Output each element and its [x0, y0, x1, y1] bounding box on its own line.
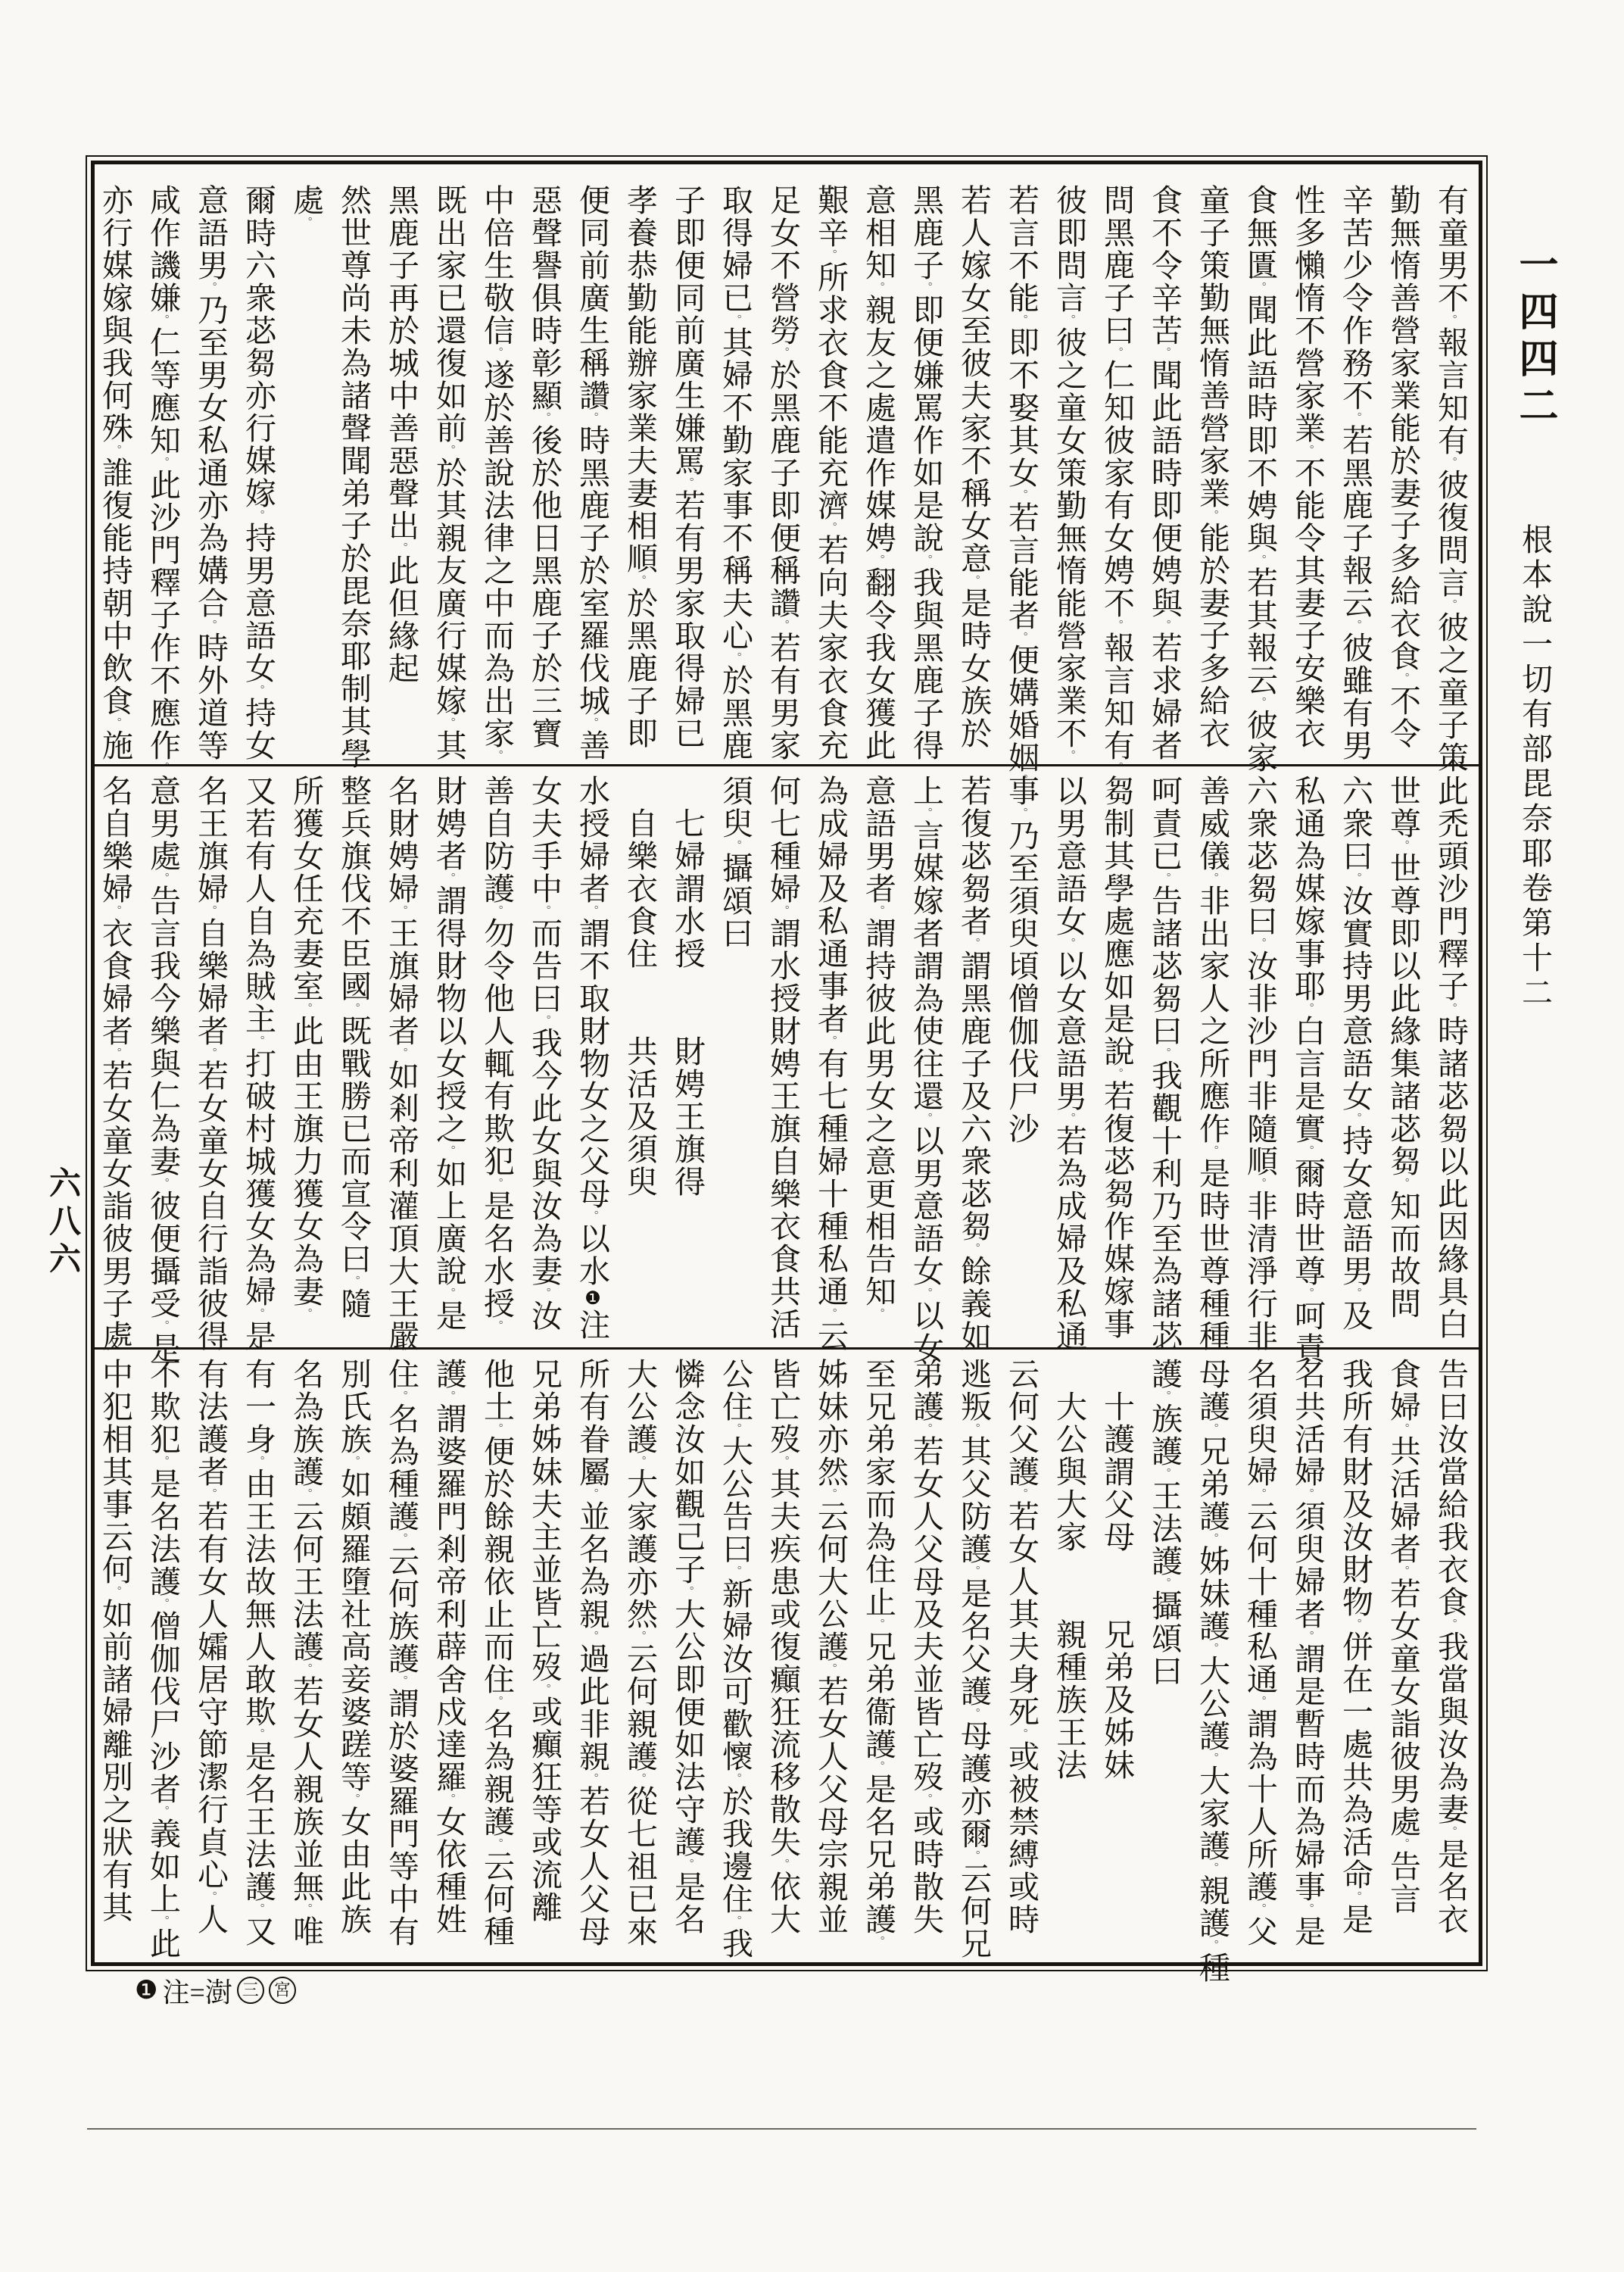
footnote-marker-icon: ❶ [135, 1975, 157, 2005]
text-column: 大公護。大家護亦然。云何親護。從七祖已來 [616, 1358, 663, 1950]
text-column: 食無匱。聞此語時即不娉與。若其報云。彼家 [1236, 184, 1283, 761]
text-column: 中倍生敬信。遂於善說法律之中而為出家。 [472, 184, 520, 761]
text-column: 公住。大公告曰。新婦汝可歡懷。於我邊住。我 [711, 1358, 759, 1950]
text-column: 名為族護。云何王法護。若女人親族並無。唯 [282, 1358, 329, 1950]
text-column: 有法護者。若有女人孀居守節潔行貞心。人 [186, 1358, 234, 1950]
text-column: 為成婦及私通事者。有七種婦十種私通。云 [806, 775, 854, 1344]
text-column: 中犯相其事云何。如前諸婦離別之狀有其 [91, 1358, 139, 1950]
text-column: 咸作譏嫌。仁等應知。此沙門釋子作不應作。 [139, 184, 186, 761]
text-column: 性多懶惰不營家業。不能令其妻子安樂衣 [1283, 184, 1331, 761]
text-column: 善威儀。非出家人之所應作。是時世尊種種 [1188, 775, 1236, 1344]
text-column: 食不令辛苦。聞此語時即便娉與。若求婦者 [1140, 184, 1188, 761]
edition-mark-palace: 宮 [269, 1977, 296, 2004]
text-column: 子即便同前廣生嫌罵。若有男家取得婦已 [663, 184, 711, 761]
text-column: 惡聲譽俱時彰顯。後於他日黑鹿子於三寶 [520, 184, 568, 761]
text-column: 足女不營勞。於黑鹿子即便稱讚。若有男家 [759, 184, 806, 761]
text-column: 孝養恭勤能辦家業夫妻相順。於黑鹿子即 [616, 184, 663, 761]
text-frame: 有童男不。報言知有。彼復問言。彼之童子策勤無惰善營家業能於妻子多給衣食。不令辛苦… [91, 161, 1482, 1966]
text-column: 至兄弟家而為住止。兄弟衞護。是名兄弟護。 [854, 1358, 902, 1950]
text-column: 便同前廣生稱讚。時黑鹿子於室羅伐城。善 [568, 184, 616, 761]
text-column: 自樂衣食住 共活及須臾 [616, 775, 663, 1344]
text-column: 黑鹿子再於城中善惡聲出。此但緣起 [377, 184, 425, 761]
apparatus-footnote: ❶ 注=澍 三 宮 [135, 1972, 296, 2008]
text-column: 何七種婦。謂水授財娉王旗自樂衣食共活 [759, 775, 806, 1344]
text-column: 不欺犯。是名法護。僧伽伐尸沙者。義如上。此 [139, 1358, 186, 1950]
text-column: 食婦。共活婦者。若女童女詣彼男處。告言 [1379, 1358, 1426, 1950]
footnote-text: 注=澍 [162, 1971, 232, 2010]
register-divider-1 [95, 764, 1479, 766]
text-column: 須臾。攝頌曰 [711, 775, 759, 1344]
register-bottom: 告曰汝當給我衣食。我當與汝為妻。是名衣食婦。共活婦者。若女童女詣彼男處。告言我所… [99, 1358, 1474, 1950]
text-column: 此禿頭沙門釋子。時諸苾芻以此因緣具白 [1426, 775, 1474, 1344]
text-column: 善自防護。勿令他人輒有欺犯。是名水授。 [472, 775, 520, 1344]
text-column: 母護。兄弟護。姊妹護。大公護。大家護。親護。種 [1188, 1358, 1236, 1950]
text-column: 芻制其學處應如是說。若復苾芻作媒嫁事 [1093, 775, 1140, 1344]
text-column: 所獲女任充妻室。此由王旗力獲女為妻。 [282, 775, 329, 1344]
text-column: 整兵旗伐不臣國。既戰勝已而宣令曰。隨 [329, 775, 377, 1344]
text-column: 大公與大家 親種族王法 [1045, 1358, 1093, 1950]
scanned-sutra-page: 有童男不。報言知有。彼復問言。彼之童子策勤無惰善營家業能於妻子多給衣食。不令辛苦… [0, 0, 1624, 2272]
text-column: 水授婦者。謂不取財物女之父母。以水❶注 [568, 775, 616, 1344]
text-column: 告曰汝當給我衣食。我當與汝為妻。是名衣 [1426, 1358, 1474, 1950]
text-column: 以男意語女。以女意語男。若為成婦及私通 [1045, 775, 1093, 1344]
text-column: 名須臾婦。云何十種私通。謂為十人所護。父 [1236, 1358, 1283, 1950]
text-column: 亦行媒嫁與我何殊。誰復能持朝中飲食。施 [91, 184, 139, 761]
text-column: 名自樂婦。衣食婦者。若女童女詣彼男子處 [91, 775, 139, 1344]
text-column: 然世尊尚未為諸聲聞弟子於毘奈耶制其學 [329, 184, 377, 761]
text-column: 住。名為種護。云何族護。謂於婆羅門等中有 [377, 1358, 425, 1950]
text-column: 又若有人自為賊主。打破村城獲女為婦。是 [234, 775, 282, 1344]
register-top: 有童男不。報言知有。彼復問言。彼之童子策勤無惰善營家業能於妻子多給衣食。不令辛苦… [99, 184, 1474, 761]
text-column: 姊妹亦然。云何大公護。若女人父母宗親並 [806, 1358, 854, 1950]
text-column: 護。謂婆羅門剎帝利薜舍戍達羅。女依種姓 [425, 1358, 472, 1950]
text-column: 若言不能。即不娶其女。若言能者。便媾婚姻。 [997, 184, 1045, 761]
text-column: 別氏族。如頗羅墮社高妾婆蹉等。女由此族 [329, 1358, 377, 1950]
text-column: 意語男。乃至男女私通亦為媾合。時外道等 [186, 184, 234, 761]
text-column: 辛苦少令作務不。若黑鹿子報云。彼雖有男 [1331, 184, 1379, 761]
text-column: 皆亡歿。其夫疾患或復癲狂流移散失。依大 [759, 1358, 806, 1950]
text-column: 他土。便於餘親依止而住。名為親護。云何種 [472, 1358, 520, 1950]
text-column: 十護謂父母 兄弟及姊妹 [1093, 1358, 1140, 1950]
text-column: 名共活婦。須臾婦者。謂是暫時而為婦事。是 [1283, 1358, 1331, 1950]
text-column: 問黑鹿子曰。仁知彼家有女娉不。報言知有。 [1093, 184, 1140, 761]
text-column: 事。乃至須臾頃僧伽伐尸沙 [997, 775, 1045, 1344]
text-column: 六衆曰。汝實持男意語女。持女意語男。及 [1331, 775, 1379, 1344]
text-column: 弟護。若女人父母及夫並皆亡歿。或時散失 [902, 1358, 949, 1950]
text-column: 意語男者。謂持彼此男女之意更相告知。 [854, 775, 902, 1344]
text-column: 逃叛。其父防護。是名父護。母護亦爾。云何兄 [949, 1358, 997, 1950]
text-column: 取得婦已。其婦不勤家事不稱夫心。於黑鹿 [711, 184, 759, 761]
page-number: 六八六 [39, 1166, 85, 1280]
text-column: 童子策勤無惰善營家業。能於妻子多給衣 [1188, 184, 1236, 761]
text-column: 有童男不。報言知有。彼復問言。彼之童子策 [1426, 184, 1474, 761]
right-margin: 一四四二 根本說一切有部毘奈耶卷第十二 [1507, 244, 1563, 1834]
footer-rule [87, 2128, 1476, 2130]
text-column: 爾時六衆苾芻亦行媒嫁。持男意語女。持女 [234, 184, 282, 761]
text-column: 名財娉婦。王旗婦者。如剎帝利灌頂大王嚴 [377, 775, 425, 1344]
text-column: 云何父護。若女人其夫身死。或被禁縛或時 [997, 1358, 1045, 1950]
taisho-text-number: 一四四二 [1513, 244, 1557, 432]
text-column: 七婦謂水授 財娉王旗得 [663, 775, 711, 1344]
text-column: 女夫手中。而告曰。我今此女與汝為妻。汝 [520, 775, 568, 1344]
text-column: 既出家已還復如前。於其親友廣行媒嫁。其 [425, 184, 472, 761]
text-column: 私通為媒嫁事耶。白言是實。爾時世尊。呵責 [1283, 775, 1331, 1344]
text-column: 彼即問言。彼之童女策勤無惰能營家業不。 [1045, 184, 1093, 761]
text-column: 艱辛。所求衣食不能充濟。若向夫家衣食充 [806, 184, 854, 761]
text-column: 意男處。告言我今樂與仁為妻。彼便攝受。是 [139, 775, 186, 1344]
text-column: 我所有財及汝財物。併在一處共為活命。是 [1331, 1358, 1379, 1950]
edition-mark-three: 三 [237, 1977, 264, 2004]
text-column: 名王旗婦。自樂婦者。若女童女自行詣彼得 [186, 775, 234, 1344]
text-column: 所有眷屬。並名為親。過此非親。若女人父母 [568, 1358, 616, 1950]
text-column: 兄弟姊妹夫主並皆亡歿。或癲狂等或流離 [520, 1358, 568, 1950]
register-divider-2 [95, 1347, 1479, 1350]
register-middle: 此禿頭沙門釋子。時諸苾芻以此因緣具白世尊。世尊即以此緣集諸苾芻。知而故問六衆曰。… [99, 775, 1474, 1344]
text-column: 憐念汝如觀己子。大公即便如法守護。是名 [663, 1358, 711, 1950]
text-column: 有一身。由王法故無人敢欺。是名王法護。又 [234, 1358, 282, 1950]
text-column: 若人嫁女至彼夫家不稱女意。是時女族於 [949, 184, 997, 761]
text-column: 若復苾芻者。謂黑鹿子及六衆苾芻。餘義如 [949, 775, 997, 1344]
text-column: 財娉者。謂得財物以女授之。如上廣說。是 [425, 775, 472, 1344]
text-column: 護。族護。王法護。攝頌曰 [1140, 1358, 1188, 1950]
text-column: 呵責已。告諸苾芻曰。我觀十利乃至為諸苾 [1140, 775, 1188, 1344]
text-column: 六衆苾芻曰。汝非沙門非隨順。非清淨行非 [1236, 775, 1283, 1344]
text-column: 處。 [282, 184, 329, 761]
text-column: 勤無惰善營家業能於妻子多給衣食。不令 [1379, 184, 1426, 761]
text-column: 世尊。世尊即以此緣集諸苾芻。知而故問 [1379, 775, 1426, 1344]
scroll-title: 根本說一切有部毘奈耶卷第十二 [1517, 523, 1552, 1011]
text-column: 意相知。親友之處遣作媒娉。翻令我女獲此 [854, 184, 902, 761]
text-column: 黑鹿子。即便嫌罵作如是說。我與黑鹿子得 [902, 184, 949, 761]
text-column: 上。言媒嫁者謂為使往還。以男意語女。以女 [902, 775, 949, 1344]
